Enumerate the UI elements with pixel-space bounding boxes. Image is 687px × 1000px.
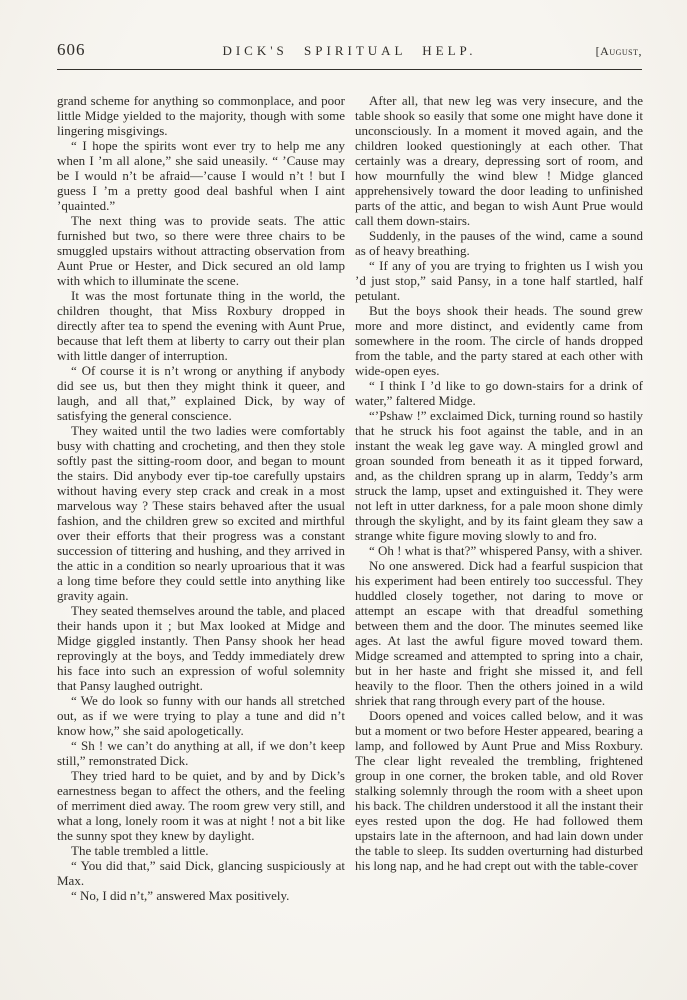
paragraph: “ No, I did n’t,” answered Max positivel… — [57, 888, 345, 903]
issue-date-label: [August, — [552, 44, 642, 59]
paragraph: grand scheme for anything so commonplace… — [57, 93, 345, 138]
paragraph: The table trembled a little. — [57, 843, 345, 858]
paragraph: After all, that new leg was very insecur… — [355, 93, 643, 228]
paragraph: It was the most fortunate thing in the w… — [57, 288, 345, 363]
paragraph: Suddenly, in the pauses of the wind, cam… — [355, 228, 643, 258]
scanned-book-page: 606 DICK'S SPIRITUAL HELP. [August, gran… — [0, 0, 687, 1000]
header-rule — [57, 69, 642, 70]
paragraph: They waited until the two ladies were co… — [57, 423, 345, 603]
paragraph: They seated themselves around the table,… — [57, 603, 345, 693]
paragraph: “ You did that,” said Dick, glancing sus… — [57, 858, 345, 888]
paragraph: “ We do look so funny with our hands all… — [57, 693, 345, 738]
paragraph: “’Pshaw !” exclaimed Dick, turning round… — [355, 408, 643, 543]
paragraph: But the boys shook their heads. The soun… — [355, 303, 643, 378]
paragraph: Doors opened and voices called below, an… — [355, 708, 643, 873]
page-number: 606 — [57, 40, 147, 60]
paragraph: “ I hope the spirits wont ever try to he… — [57, 138, 345, 213]
running-header: 606 DICK'S SPIRITUAL HELP. [August, — [57, 40, 642, 60]
paragraph: “ If any of you are trying to frighten u… — [355, 258, 643, 303]
paragraph: “ I think I ’d like to go down-stairs fo… — [355, 378, 643, 408]
right-column: After all, that new leg was very insecur… — [355, 93, 643, 903]
paragraph: “ Oh ! what is that?” whispered Pansy, w… — [355, 543, 643, 558]
paragraph: The next thing was to provide seats. The… — [57, 213, 345, 288]
paragraph: “ Sh ! we can’t do anything at all, if w… — [57, 738, 345, 768]
paragraph: They tried hard to be quiet, and by and … — [57, 768, 345, 843]
left-column: grand scheme for anything so commonplace… — [57, 93, 345, 903]
running-title: DICK'S SPIRITUAL HELP. — [147, 43, 552, 59]
paragraph: “ Of course it is n’t wrong or anything … — [57, 363, 345, 423]
paragraph: No one answered. Dick had a fearful susp… — [355, 558, 643, 708]
text-columns: grand scheme for anything so commonplace… — [57, 93, 642, 903]
page-content: 606 DICK'S SPIRITUAL HELP. [August, gran… — [0, 0, 687, 903]
